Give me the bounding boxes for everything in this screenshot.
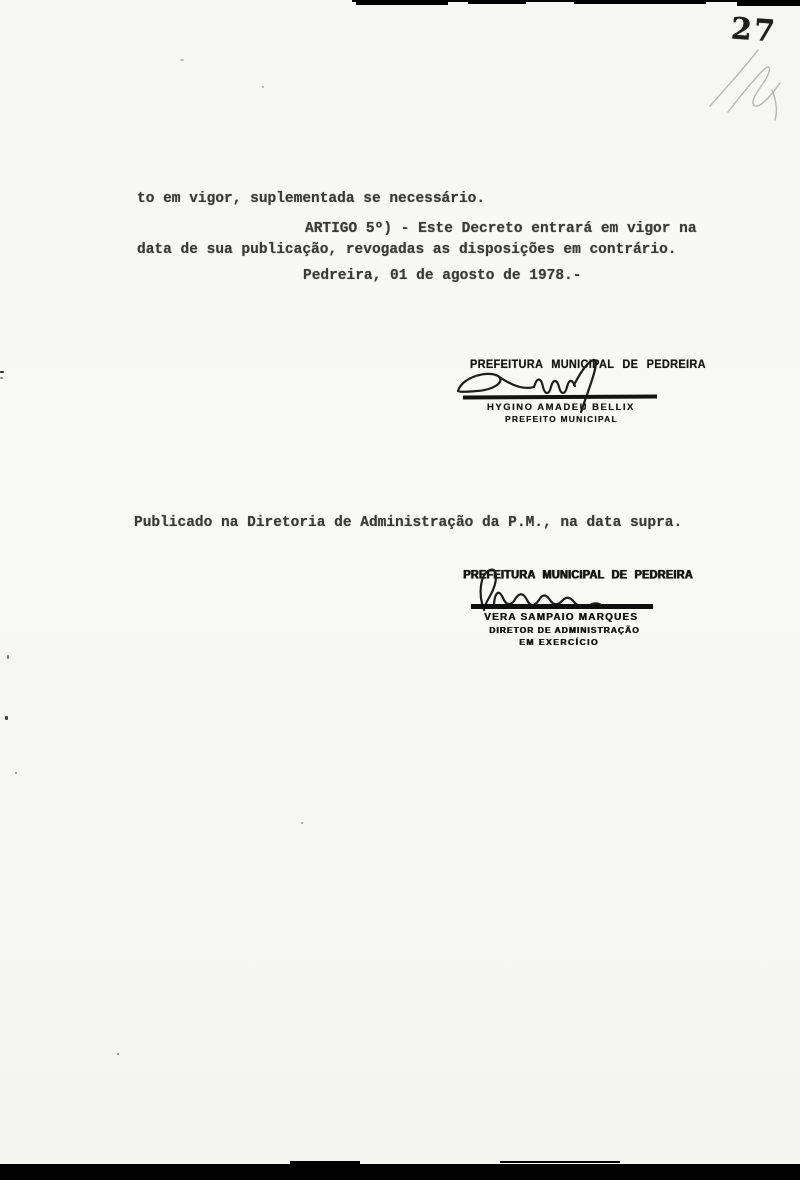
scan-edge-bottom-strip <box>500 1161 620 1163</box>
stamp-signatory-title-line2: EM EXERCÍCIO <box>519 637 599 647</box>
scan-artifact <box>0 377 3 379</box>
scan-edge-top-strip <box>468 0 526 4</box>
pencil-scribble <box>700 30 800 122</box>
body-line-2: ARTIGO 5º) - Este Decreto entrará em vig… <box>305 222 697 237</box>
signature-vera-scribble <box>468 560 653 618</box>
scan-artifact <box>5 716 8 720</box>
scan-artifact <box>15 772 17 774</box>
stamp-signatory-title: DIRETOR DE ADMINISTRAÇÃO <box>489 625 640 635</box>
scan-edge-top-strip <box>574 0 706 4</box>
stamp-signatory-name: HYGINO AMADEU BELLIX <box>487 402 635 413</box>
scan-edge-top-strip <box>356 0 448 5</box>
scan-artifact <box>117 1053 119 1055</box>
scan-edge-bottom-band <box>0 1164 800 1180</box>
body-line-4-dateline: Pedreira, 01 de agosto de 1978.- <box>303 269 581 284</box>
scan-edge-top-strip <box>737 0 800 6</box>
scan-artifact <box>7 655 9 659</box>
stamp-signatory-name: VERA SAMPAIO MARQUES <box>484 612 638 623</box>
scan-artifact <box>262 86 264 88</box>
scan-artifact <box>301 822 303 824</box>
scanned-document-page: 27 to em vigor, suplementada se necessár… <box>0 0 800 1180</box>
stamp-signatory-title: PREFEITO MUNICIPAL <box>505 414 618 424</box>
signature-line <box>471 604 653 609</box>
body-line-3: data de sua publicação, revogadas as dis… <box>137 243 677 258</box>
publication-note: Publicado na Diretoria de Administração … <box>134 516 682 531</box>
scan-artifact <box>180 59 184 61</box>
scan-artifact <box>0 371 4 373</box>
body-line-1: to em vigor, suplementada se necessário. <box>137 192 485 207</box>
